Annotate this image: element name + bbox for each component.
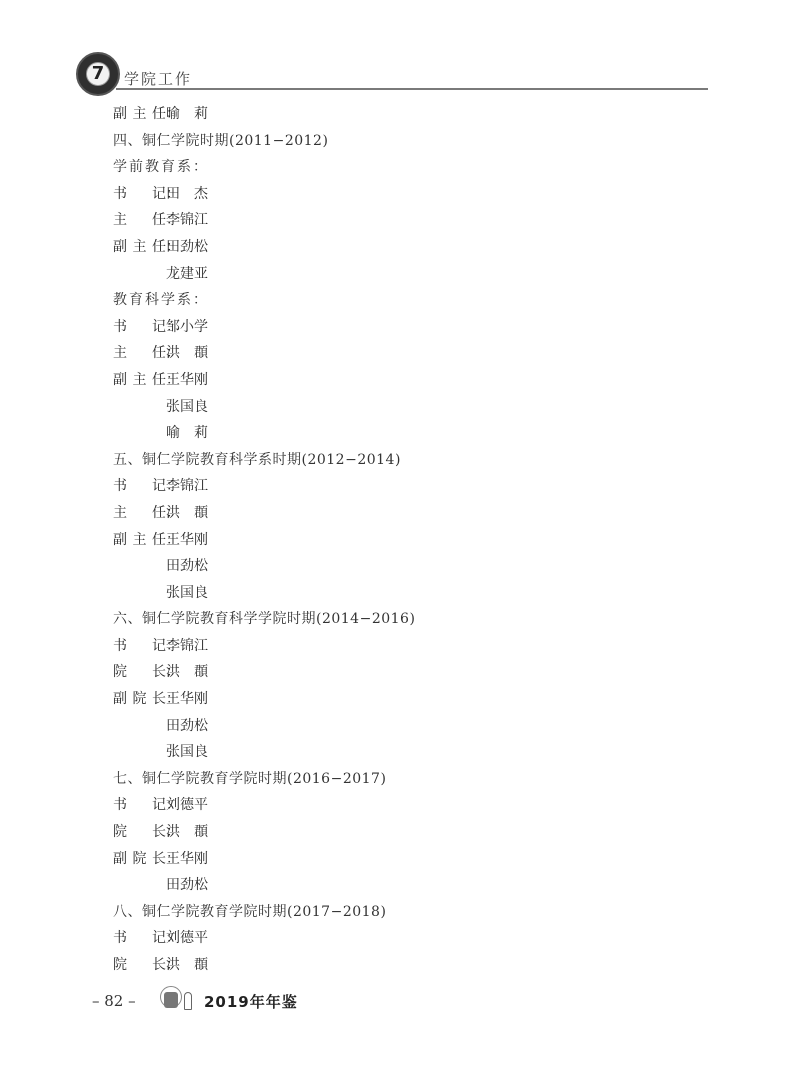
person-name: 田劲松	[166, 553, 208, 580]
period-heading: 五、铜仁学院教育科学系时期(2012−2014)	[113, 447, 713, 474]
heading-text: 七、铜仁学院教育学院时期(2016−2017)	[113, 771, 386, 787]
subheading-text: 教育科学系：	[113, 292, 209, 308]
person-name: 王华刚	[166, 367, 208, 394]
role-label: 主 任	[113, 340, 166, 367]
emblem-glyph: 7	[86, 62, 110, 86]
heading-text: 四、铜仁学院时期(2011−2012)	[113, 133, 328, 149]
role-label: 副主任	[113, 101, 166, 128]
personnel-continuation: 张国良	[113, 580, 713, 607]
role-label: 主 任	[113, 500, 166, 527]
person-name: 田 杰	[166, 181, 208, 208]
personnel-entry: 副主任：王华刚	[113, 527, 713, 554]
department-subheading: 教育科学系：	[113, 287, 713, 314]
role-label: 院 长	[113, 819, 166, 846]
role-label: 院 长	[113, 659, 166, 686]
personnel-entry: 院 长：洪 頵	[113, 952, 713, 979]
period-heading: 六、铜仁学院教育科学学院时期(2014−2016)	[113, 606, 713, 633]
person-name: 王华刚	[166, 846, 208, 873]
page-number: – 82 –	[92, 992, 136, 1010]
person-name: 洪 頵	[166, 659, 208, 686]
mascot-body-icon	[164, 992, 178, 1008]
subheading-text: 学前教育系：	[113, 159, 209, 175]
personnel-continuation: 龙建亚	[113, 261, 713, 288]
person-name: 李锦江	[166, 633, 208, 660]
personnel-entry: 书 记：李锦江	[113, 473, 713, 500]
section-title: 学院工作	[124, 68, 192, 89]
personnel-entry: 主 任：洪 頵	[113, 500, 713, 527]
department-subheading: 学前教育系：	[113, 154, 713, 181]
person-name: 张国良	[166, 580, 208, 607]
personnel-entry: 副主任：王华刚	[113, 367, 713, 394]
period-heading: 七、铜仁学院教育学院时期(2016−2017)	[113, 766, 713, 793]
person-name: 洪 頵	[166, 500, 208, 527]
heading-text: 五、铜仁学院教育科学系时期(2012−2014)	[113, 452, 401, 468]
person-name: 刘德平	[166, 792, 208, 819]
personnel-continuation: 田劲松	[113, 872, 713, 899]
person-name: 田劲松	[166, 872, 208, 899]
role-label: 书 记	[113, 473, 166, 500]
page-footer: – 82 – 2019年年鉴	[92, 986, 492, 1016]
role-label: 主 任	[113, 207, 166, 234]
person-name: 喻 莉	[166, 101, 208, 128]
personnel-continuation: 张国良	[113, 739, 713, 766]
role-label: 副院长	[113, 846, 166, 873]
personnel-continuation: 张国良	[113, 394, 713, 421]
person-name: 李锦江	[166, 473, 208, 500]
personnel-entry: 院 长：洪 頵	[113, 819, 713, 846]
role-label: 院 长	[113, 952, 166, 979]
role-label: 副院长	[113, 686, 166, 713]
personnel-entry: 书 记：田 杰	[113, 181, 713, 208]
person-name: 张国良	[166, 394, 208, 421]
role-label: 书 记	[113, 633, 166, 660]
role-label: 副主任	[113, 367, 166, 394]
page-body: 副主任：喻 莉四、铜仁学院时期(2011−2012)学前教育系：书 记：田 杰主…	[113, 101, 713, 979]
yearbook-mascot-icon	[158, 986, 200, 1014]
person-name: 洪 頵	[166, 340, 208, 367]
role-label: 书 记	[113, 925, 166, 952]
personnel-entry: 主 任：洪 頵	[113, 340, 713, 367]
person-name: 田劲松	[166, 713, 208, 740]
period-heading: 八、铜仁学院教育学院时期(2017−2018)	[113, 899, 713, 926]
personnel-entry: 书 记：邹小学	[113, 314, 713, 341]
person-name: 邹小学	[166, 314, 208, 341]
personnel-entry: 副主任：喻 莉	[113, 101, 713, 128]
mascot-figure-icon	[184, 992, 192, 1010]
personnel-entry: 书 记：刘德平	[113, 925, 713, 952]
personnel-continuation: 田劲松	[113, 713, 713, 740]
person-name: 张国良	[166, 739, 208, 766]
yearbook-title: 2019年年鉴	[204, 991, 298, 1012]
role-label: 副主任	[113, 527, 166, 554]
role-label: 书 记	[113, 181, 166, 208]
personnel-entry: 主 任：李锦江	[113, 207, 713, 234]
personnel-entry: 副院长：王华刚	[113, 846, 713, 873]
person-name: 田劲松	[166, 234, 208, 261]
person-name: 李锦江	[166, 207, 208, 234]
person-name: 喻 莉	[166, 420, 208, 447]
personnel-entry: 书 记：李锦江	[113, 633, 713, 660]
person-name: 龙建亚	[166, 261, 208, 288]
period-heading: 四、铜仁学院时期(2011−2012)	[113, 128, 713, 155]
page-header: 7 学院工作	[74, 50, 714, 100]
header-divider	[116, 88, 708, 90]
role-label: 副主任	[113, 234, 166, 261]
role-label: 书 记	[113, 792, 166, 819]
person-name: 洪 頵	[166, 952, 208, 979]
role-label: 书 记	[113, 314, 166, 341]
personnel-continuation: 喻 莉	[113, 420, 713, 447]
person-name: 刘德平	[166, 925, 208, 952]
person-name: 王华刚	[166, 527, 208, 554]
personnel-continuation: 田劲松	[113, 553, 713, 580]
personnel-entry: 院 长：洪 頵	[113, 659, 713, 686]
person-name: 王华刚	[166, 686, 208, 713]
university-emblem-icon: 7	[76, 52, 120, 96]
person-name: 洪 頵	[166, 819, 208, 846]
personnel-entry: 副主任：田劲松	[113, 234, 713, 261]
personnel-entry: 副院长：王华刚	[113, 686, 713, 713]
personnel-entry: 书 记：刘德平	[113, 792, 713, 819]
heading-text: 八、铜仁学院教育学院时期(2017−2018)	[113, 904, 386, 920]
heading-text: 六、铜仁学院教育科学学院时期(2014−2016)	[113, 611, 415, 627]
